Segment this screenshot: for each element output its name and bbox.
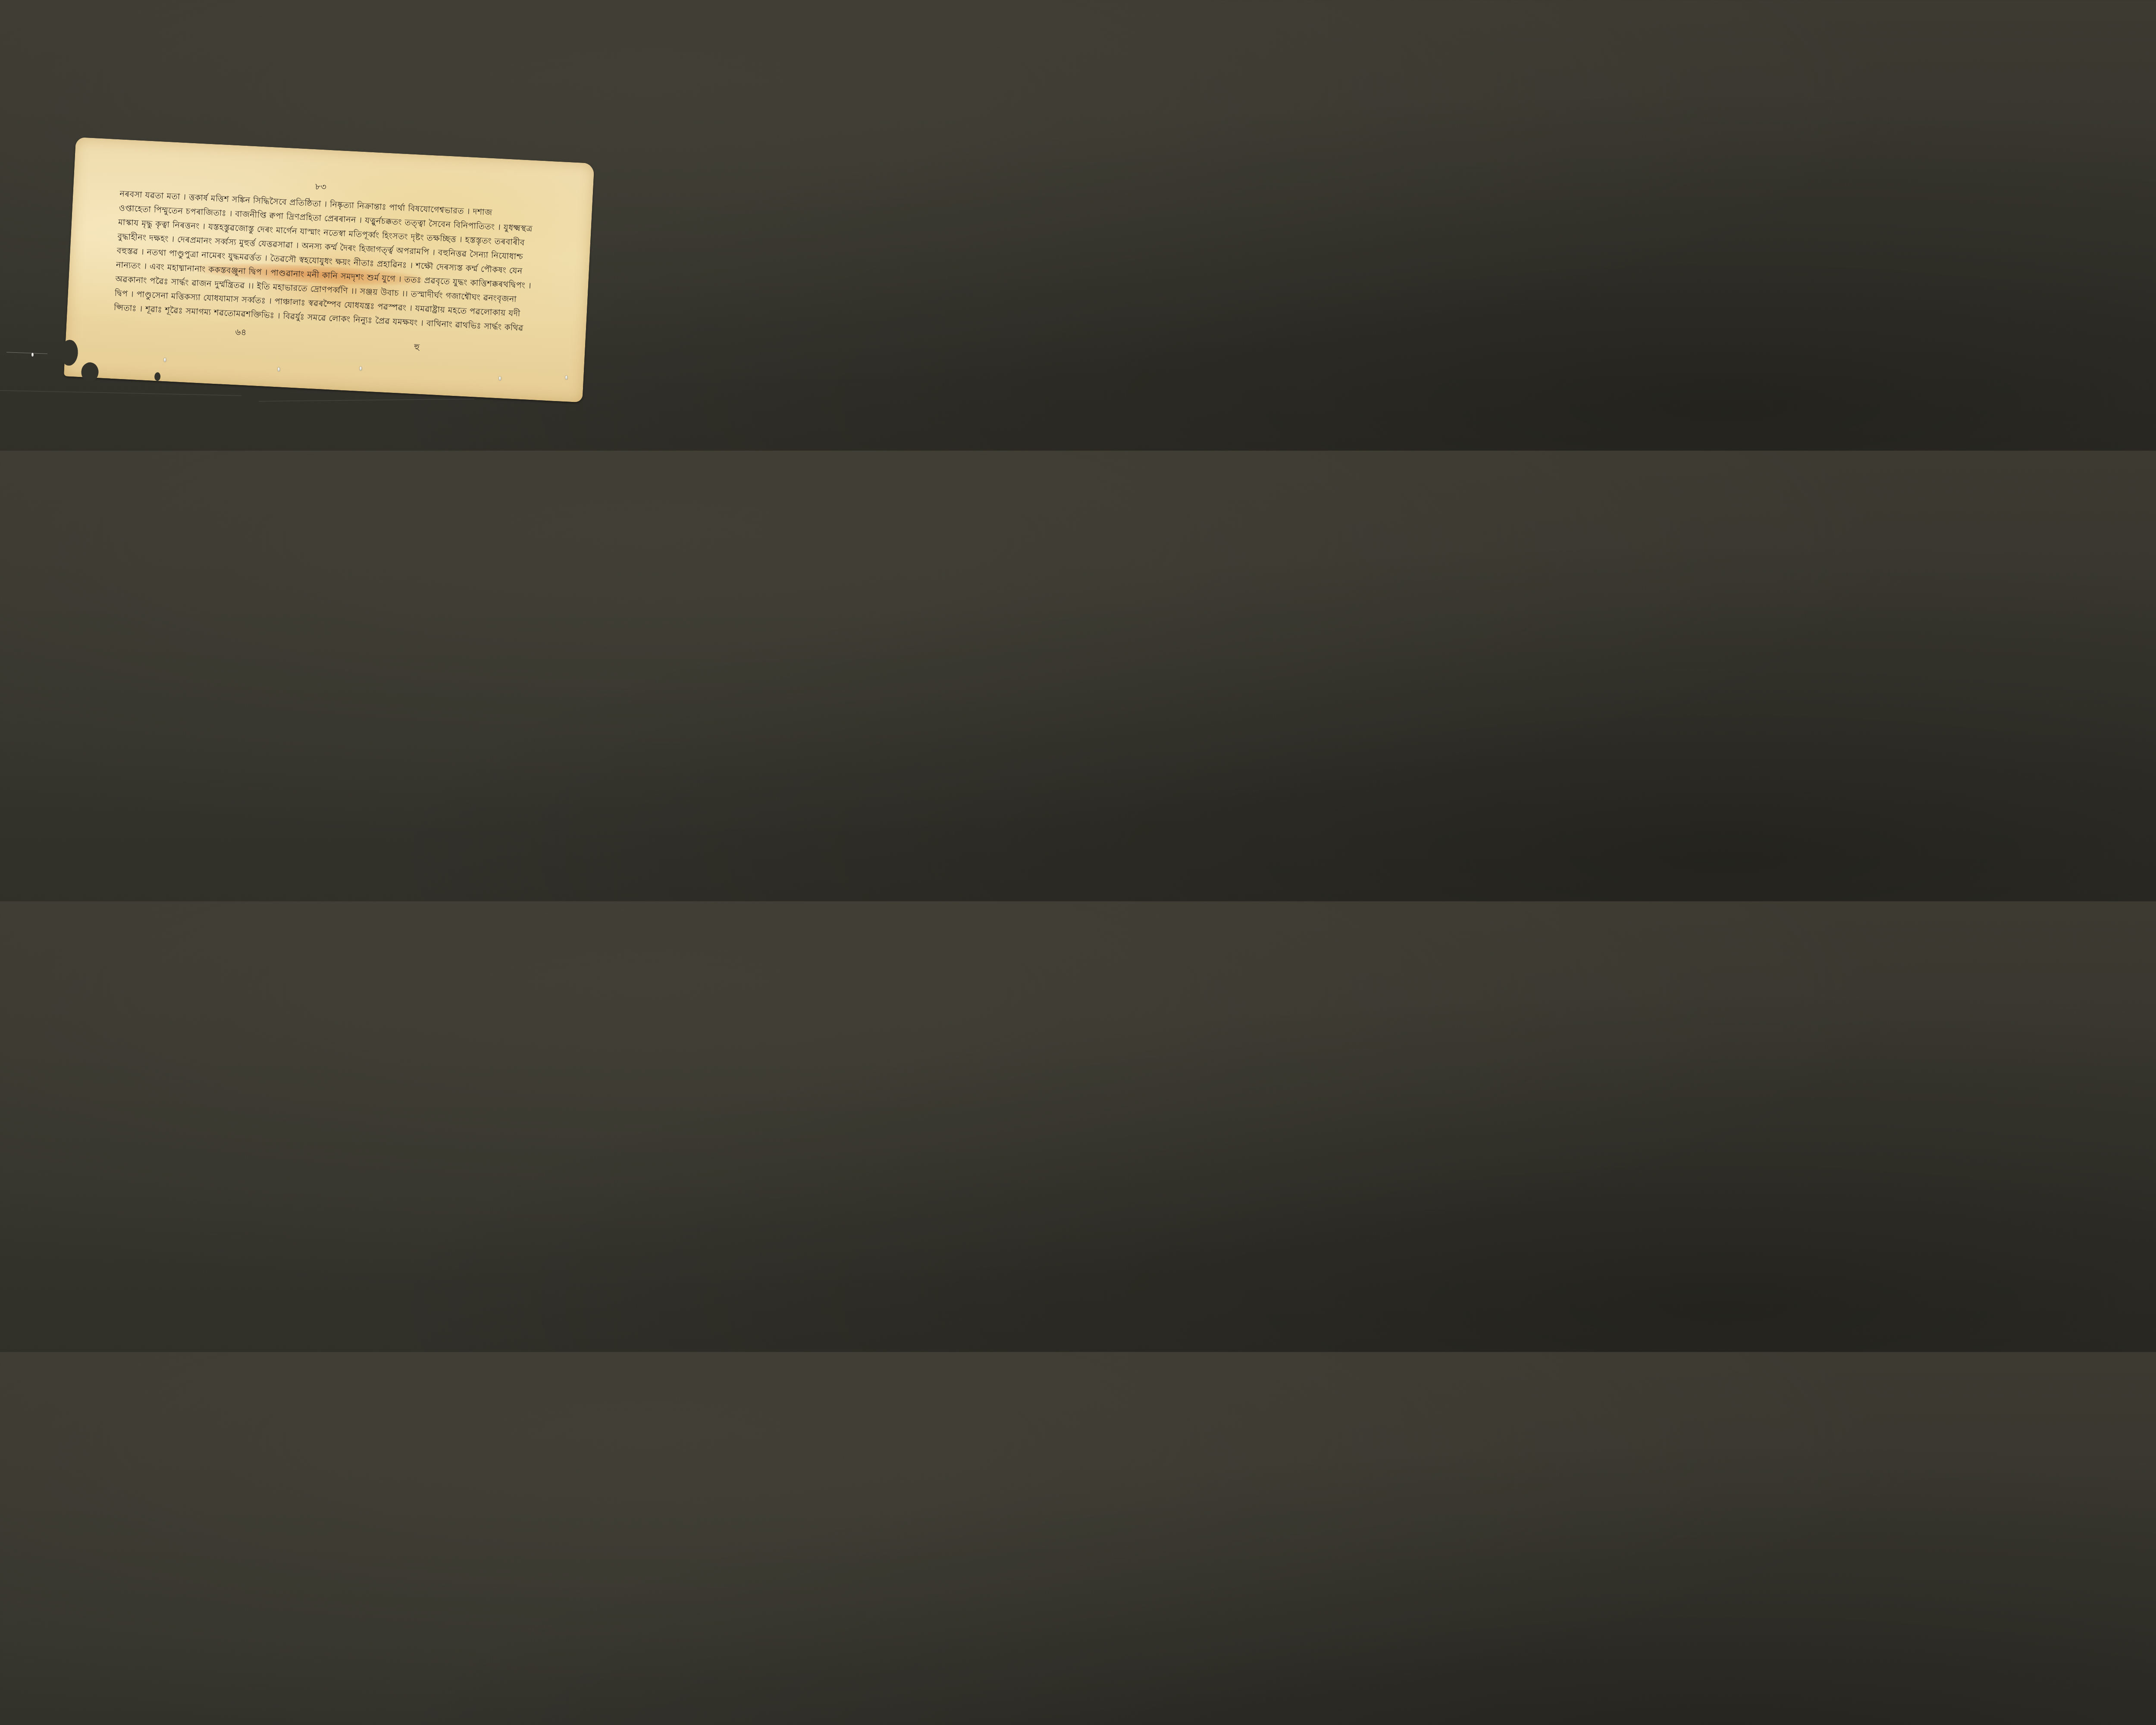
- folio-number-top: ৮৩: [315, 180, 327, 195]
- folio-mark-bottom-right: হু: [414, 341, 420, 355]
- leaf-damage: [60, 339, 78, 366]
- mounting-pin: [164, 358, 166, 362]
- mounting-pin: [31, 353, 34, 357]
- mounting-pin: [565, 376, 567, 379]
- photo-scene: ৮৩ নৰবসা যৱতা মতা । ত্তকার্ষ মত্তিশ সঙ্ক…: [0, 0, 676, 451]
- board-scratch: [259, 399, 474, 401]
- manuscript-text: নৰবসা যৱতা মতা । ত্তকার্ষ মত্তিশ সঙ্কিন …: [113, 187, 577, 338]
- folio-mark-bottom-left: ৬৪: [235, 326, 247, 340]
- mounting-pin: [499, 376, 501, 380]
- mounting-pin: [360, 367, 362, 370]
- mounting-pin: [278, 367, 280, 371]
- mounting-thread: [6, 352, 47, 354]
- leaf-damage: [81, 362, 99, 382]
- board-scratch: [0, 390, 241, 396]
- leaf-damage: [154, 372, 161, 381]
- manuscript-leaf: ৮৩ নৰবসা যৱতা মতা । ত্তকার্ষ মত্তিশ সঙ্ক…: [64, 137, 595, 402]
